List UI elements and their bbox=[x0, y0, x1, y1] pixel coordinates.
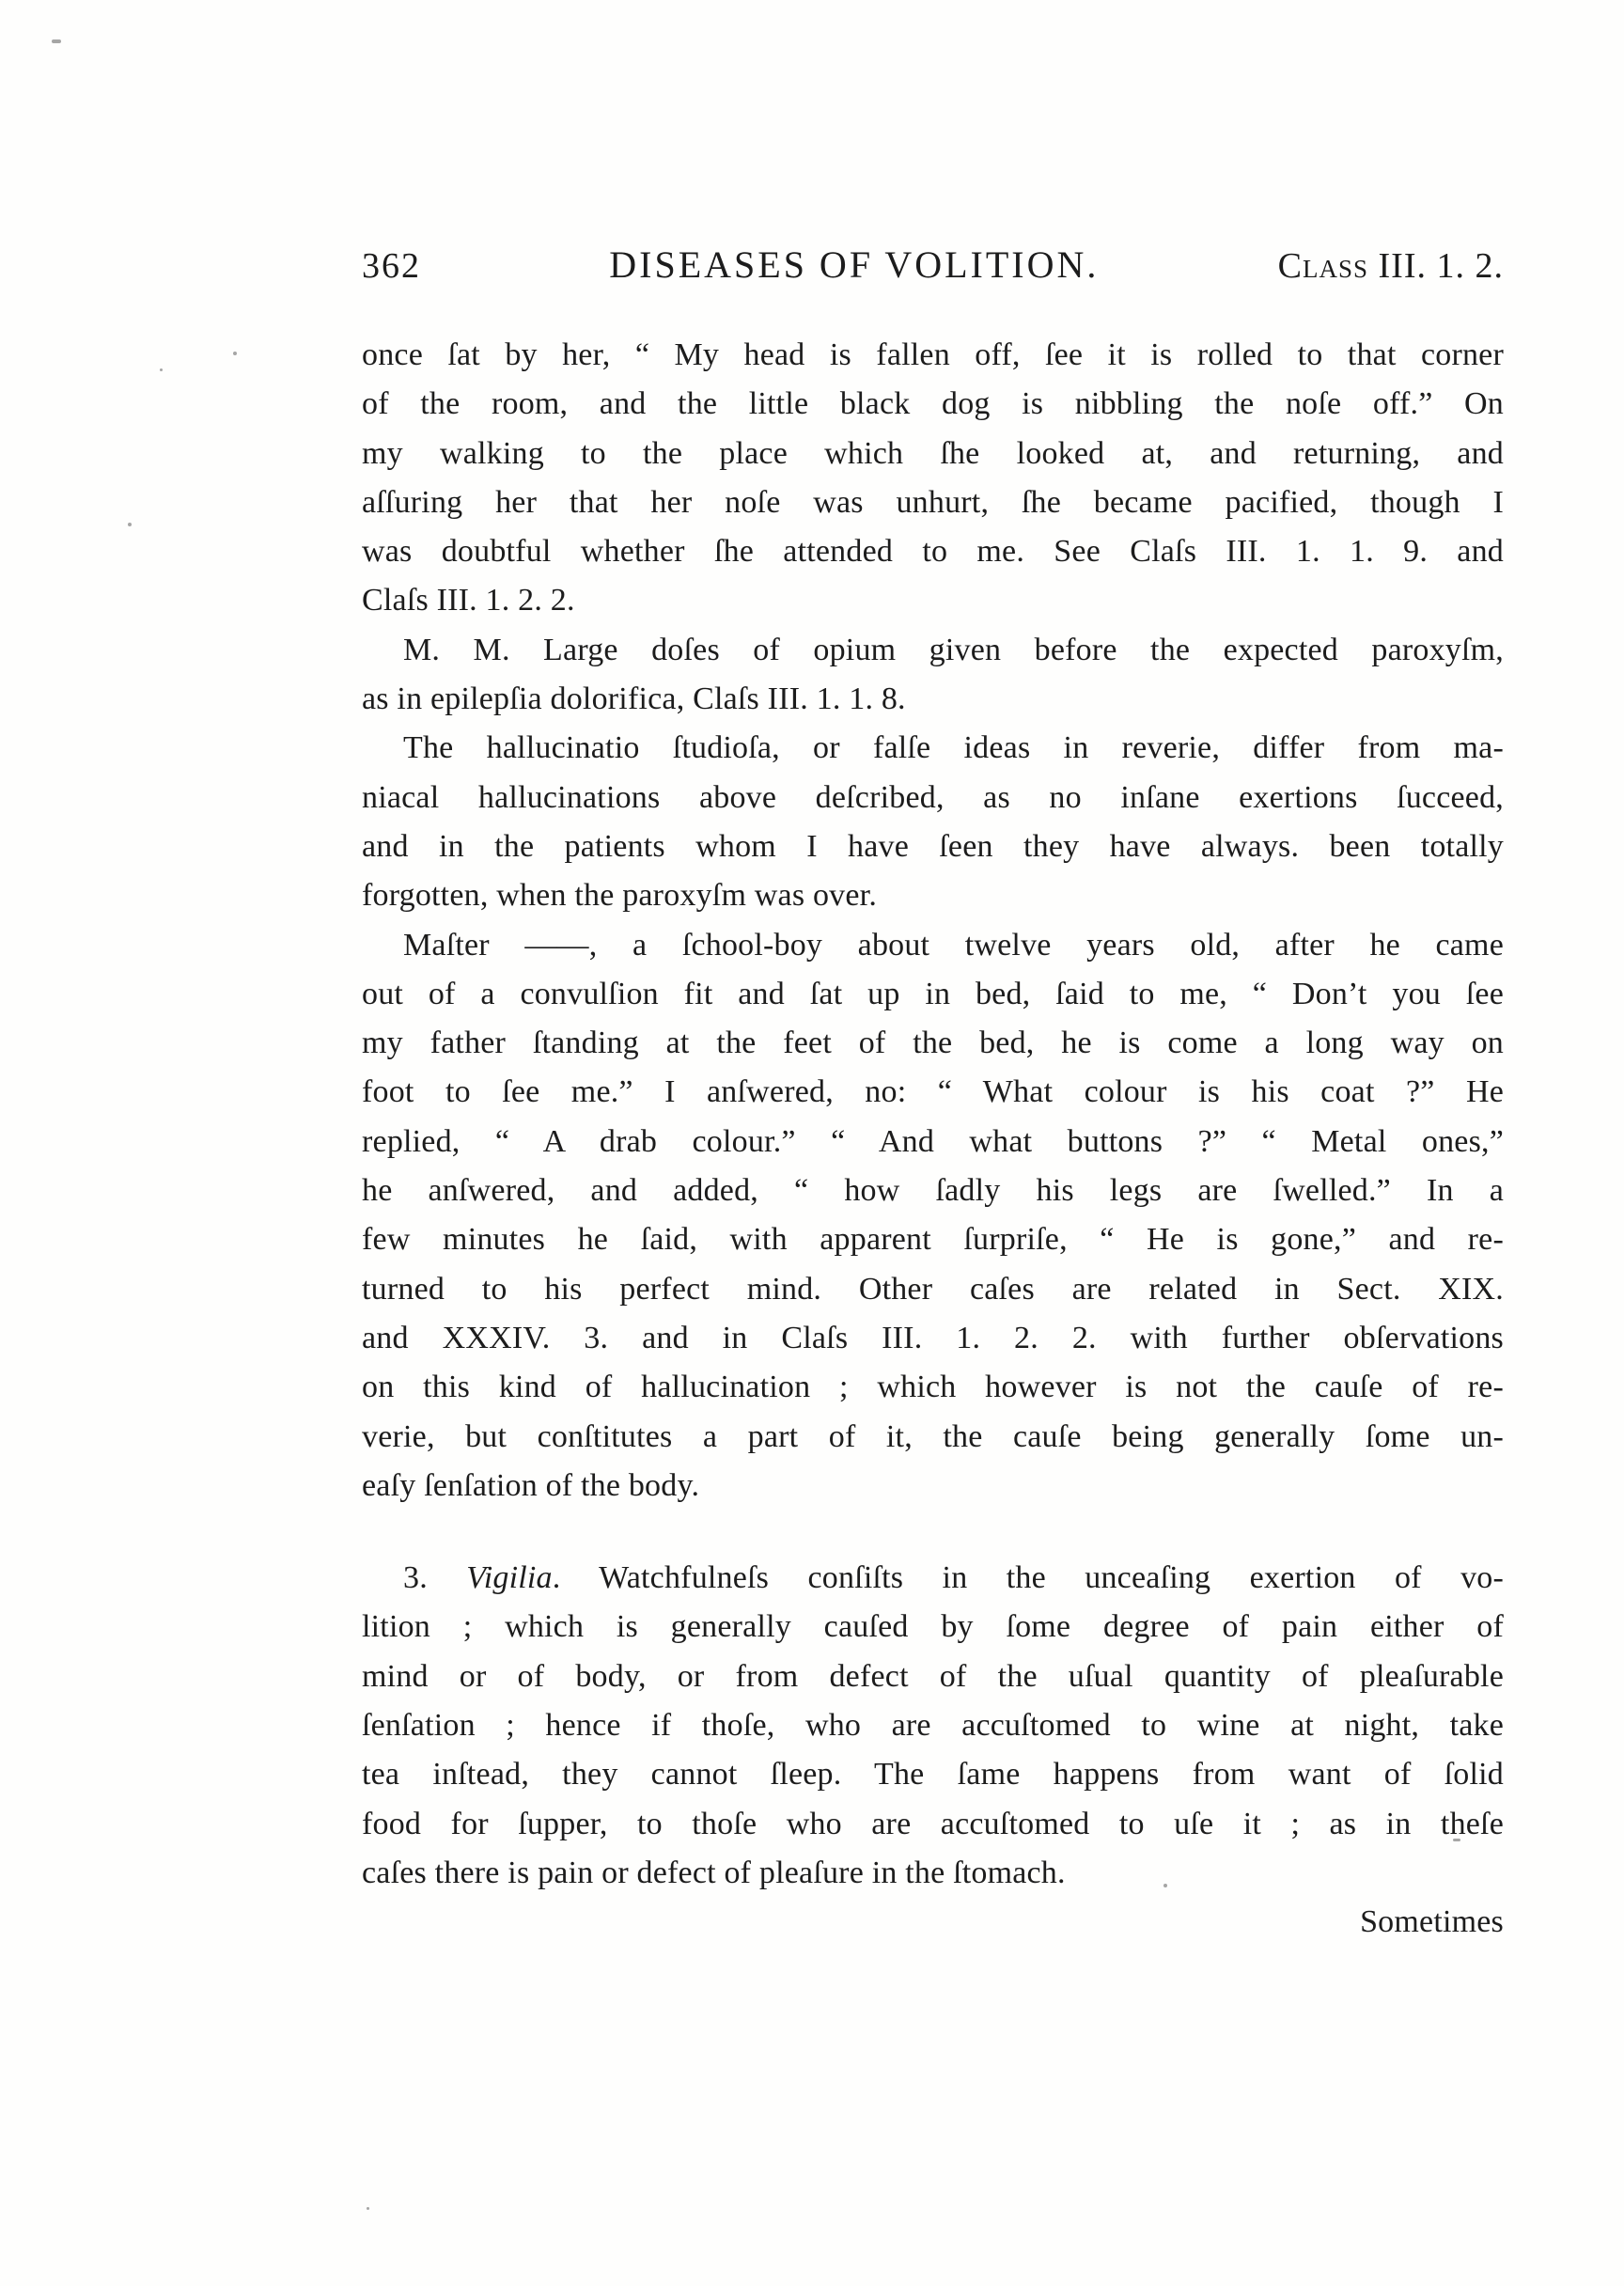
text-line: 3. Vigilia. Watchfulneſs conſiſts in the… bbox=[362, 1554, 1504, 1603]
text-line: he anſwered, and added, “ how ſadly his … bbox=[362, 1166, 1504, 1215]
text-line: was doubtful whether ſhe attended to me.… bbox=[362, 527, 1504, 576]
text-line: foot to ſee me.” I anſwered, no: “ What … bbox=[362, 1068, 1504, 1117]
text-block: once ſat by her, “ My head is fallen off… bbox=[362, 331, 1504, 1948]
text-line: and in the patients whom I have ſeen the… bbox=[362, 822, 1504, 871]
scan-speck bbox=[160, 368, 163, 371]
paragraph: Maſter ——, a ſchool-boy about twelve yea… bbox=[362, 921, 1504, 1511]
scan-speck bbox=[1453, 1839, 1460, 1841]
page-number: 362 bbox=[362, 245, 421, 287]
text-line: turned to his perfect mind. Other caſes … bbox=[362, 1265, 1504, 1314]
text-line: food for ſupper, to thoſe who are accuſt… bbox=[362, 1800, 1504, 1849]
running-head: 362 DISEASES OF VOLITION. Class III. 1. … bbox=[362, 243, 1504, 287]
text-line: once ſat by her, “ My head is fallen off… bbox=[362, 331, 1504, 380]
paragraph: The hallucinatio ſtudioſa, or falſe idea… bbox=[362, 724, 1504, 920]
text-line: as in epilepſia dolorifica, Claſs III. 1… bbox=[362, 675, 1504, 724]
paragraph: M. M. Large doſes of opium given before … bbox=[362, 626, 1504, 725]
paragraph: once ſat by her, “ My head is fallen off… bbox=[362, 331, 1504, 626]
text-line: verie, but conſtitutes a part of it, the… bbox=[362, 1413, 1504, 1462]
book-page: 362 DISEASES OF VOLITION. Class III. 1. … bbox=[0, 0, 1624, 2286]
text-line: mind or of body, or from defect of the u… bbox=[362, 1652, 1504, 1701]
catchword: Sometimes bbox=[362, 1898, 1504, 1947]
text-line: Claſs III. 1. 2. 2. bbox=[362, 576, 1504, 625]
text-line: my father ſtanding at the feet of the be… bbox=[362, 1019, 1504, 1068]
text-line: niacal hallucinations above deſcribed, a… bbox=[362, 774, 1504, 822]
scan-speck bbox=[233, 352, 237, 355]
text-line: few minutes he ſaid, with apparent ſurpr… bbox=[362, 1215, 1504, 1264]
text-line: tea inſtead, they cannot ſleep. The ſame… bbox=[362, 1750, 1504, 1799]
text-line: out of a convulſion fit and ſat up in be… bbox=[362, 970, 1504, 1019]
text-line: M. M. Large doſes of opium given before … bbox=[362, 626, 1504, 675]
scan-speck bbox=[128, 523, 132, 526]
paragraph: 3. Vigilia. Watchfulneſs conſiſts in the… bbox=[362, 1554, 1504, 1898]
page-title: DISEASES OF VOLITION. bbox=[421, 243, 1278, 287]
text-line: of the room, and the little black dog is… bbox=[362, 380, 1504, 429]
text-line: Maſter ——, a ſchool-boy about twelve yea… bbox=[362, 921, 1504, 970]
text-line: lition ; which is generally cauſed by ſo… bbox=[362, 1603, 1504, 1652]
text-line: The hallucinatio ſtudioſa, or falſe idea… bbox=[362, 724, 1504, 773]
header-class-reference: Class III. 1. 2. bbox=[1278, 245, 1504, 287]
scan-speck bbox=[1163, 1884, 1167, 1887]
text-line: my walking to the place which ſhe looked… bbox=[362, 430, 1504, 478]
text-line: eaſy ſenſation of the body. bbox=[362, 1462, 1504, 1511]
text-line: replied, “ A drab colour.” “ And what bu… bbox=[362, 1118, 1504, 1166]
text-line: on this kind of hallucination ; which ho… bbox=[362, 1363, 1504, 1412]
text-line: aſſuring her that her noſe was unhurt, ſ… bbox=[362, 478, 1504, 527]
text-line: ſenſation ; hence if thoſe, who are accu… bbox=[362, 1701, 1504, 1750]
scan-speck bbox=[52, 39, 61, 43]
text-line: forgotten, when the paroxyſm was over. bbox=[362, 871, 1504, 920]
text-line: caſes there is pain or defect of pleaſur… bbox=[362, 1849, 1504, 1898]
scan-speck bbox=[367, 2207, 369, 2210]
text-line: and XXXIV. 3. and in Claſs III. 1. 2. 2.… bbox=[362, 1314, 1504, 1363]
